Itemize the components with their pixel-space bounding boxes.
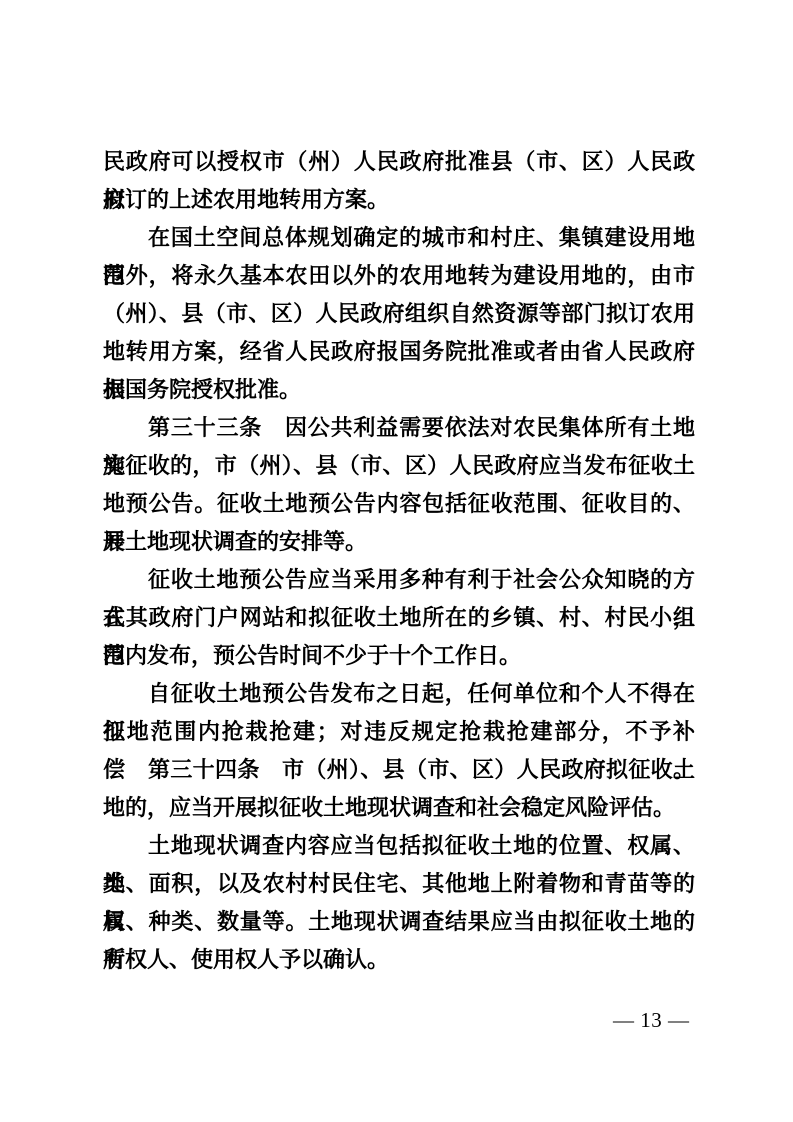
text-line-article-34: 第三十四条 市（州）、县（市、区）人民政府拟征收土	[103, 751, 695, 789]
text-line: 拟订的上述农用地转用方案。	[103, 181, 695, 219]
text-line: 在其政府门户网站和拟征收土地所在的乡镇、村、村民小组范	[103, 599, 695, 637]
text-line: 属、种类、数量等。土地现状调查结果应当由拟征收土地的所	[103, 903, 695, 941]
text-line: 围内发布，预公告时间不少于十个工作日。	[103, 637, 695, 675]
text-line: 地转用方案，经省人民政府报国务院批准或者由省人民政府根	[103, 333, 695, 371]
text-line: （州）、县（市、区）人民政府组织自然资源等部门拟订农用	[103, 295, 695, 333]
text-line: 土地现状调查内容应当包括拟征收土地的位置、权属、地	[103, 827, 695, 865]
text-line: 在国土空间总体规划确定的城市和村庄、集镇建设用地范	[103, 219, 695, 257]
text-line-article-33: 第三十三条 因公共利益需要依法对农民集体所有土地实	[103, 409, 695, 447]
text-line: 自征收土地预公告发布之日起，任何单位和个人不得在拟	[103, 675, 695, 713]
text-line: 展土地现状调查的安排等。	[103, 523, 695, 561]
text-line: 围外，将永久基本农田以外的农用地转为建设用地的，由市	[103, 257, 695, 295]
document-page: 民政府可以授权市（州）人民政府批准县（市、区）人民政府 拟订的上述农用地转用方案…	[0, 0, 793, 1122]
text-line: 类、面积，以及农村村民住宅、其他地上附着物和青苗等的权	[103, 865, 695, 903]
text-line: 征地范围内抢栽抢建；对违反规定抢栽抢建部分，不予补偿。	[103, 713, 695, 751]
text-line: 民政府可以授权市（州）人民政府批准县（市、区）人民政府	[103, 143, 695, 181]
text-line: 有权人、使用权人予以确认。	[103, 941, 695, 979]
page-number: — 13 —	[613, 1008, 693, 1033]
text-block: 民政府可以授权市（州）人民政府批准县（市、区）人民政府 拟订的上述农用地转用方案…	[103, 143, 695, 979]
text-line: 据国务院授权批准。	[103, 371, 695, 409]
text-line: 地预公告。征收土地预公告内容包括征收范围、征收目的、开	[103, 485, 695, 523]
text-line: 施征收的，市（州）、县（市、区）人民政府应当发布征收土	[103, 447, 695, 485]
text-line: 征收土地预公告应当采用多种有利于社会公众知晓的方式，	[103, 561, 695, 599]
text-line: 地的，应当开展拟征收土地现状调查和社会稳定风险评估。	[103, 789, 695, 827]
